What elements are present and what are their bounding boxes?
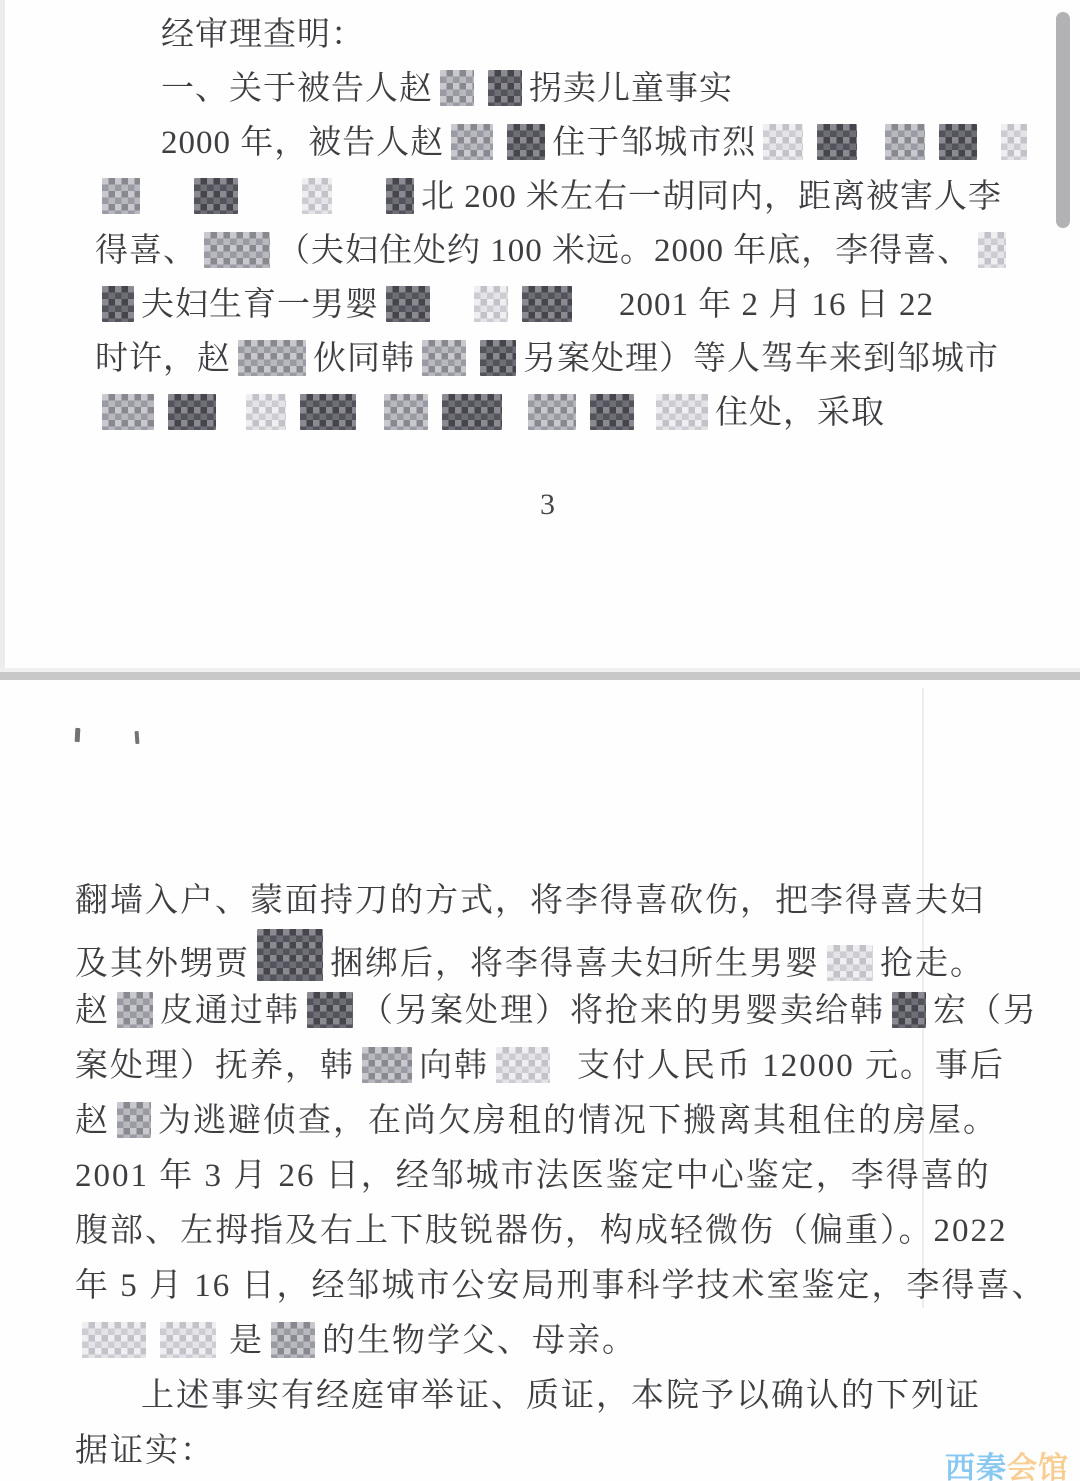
redaction-block bbox=[442, 394, 502, 430]
text-line: 2001 年 3 月 26 日，经邹城市法医鉴定中心鉴定，李得喜的 bbox=[75, 1149, 1010, 1204]
page-number: 3 bbox=[540, 488, 555, 522]
redaction-block bbox=[307, 992, 353, 1028]
scan-speck bbox=[75, 728, 81, 742]
redaction-block bbox=[440, 70, 474, 106]
redaction-block bbox=[522, 286, 572, 322]
redaction-block bbox=[474, 286, 508, 322]
text-segment: 据证实： bbox=[75, 1433, 215, 1469]
redaction-block bbox=[362, 1047, 412, 1083]
redaction-block bbox=[827, 945, 873, 981]
text-line: 年 5 月 16 日，经邹城市公安局刑事科学技术室鉴定，李得喜、 bbox=[75, 1259, 1010, 1314]
redaction-block bbox=[117, 1102, 151, 1138]
text-segment: 案处理）抚养，韩 bbox=[75, 1048, 355, 1084]
redaction-block bbox=[194, 178, 238, 214]
redaction-block bbox=[160, 1322, 216, 1358]
scan-speck bbox=[135, 731, 140, 744]
redaction-block bbox=[102, 286, 134, 322]
page-2: 翻墙入户、蒙面持刀的方式，将李得喜砍伤，把李得喜夫妇及其外甥贾捆绑后，将李得喜夫… bbox=[0, 680, 1080, 1481]
redaction-block bbox=[892, 992, 926, 1028]
redaction-block bbox=[300, 394, 356, 430]
text-segment: 夫妇生育一男婴 bbox=[141, 287, 379, 323]
text-segment: 支付人民币 12000 元。事后 bbox=[577, 1048, 1005, 1084]
text-line: 赵为逃避侦查，在尚欠房租的情况下搬离其租住的房屋。 bbox=[75, 1094, 1010, 1149]
scrollbar-thumb[interactable] bbox=[1056, 12, 1070, 228]
redaction-block bbox=[102, 178, 140, 214]
text-segment: 捆绑后，将李得喜夫妇所生男婴 bbox=[330, 946, 820, 982]
text-segment: （夫妇住处约 100 米远。2000 年底，李得喜、 bbox=[277, 233, 971, 269]
redaction-block bbox=[978, 232, 1006, 268]
redaction-block bbox=[168, 394, 216, 430]
text-segment: 翻墙入户、蒙面持刀的方式，将李得喜砍伤，把李得喜夫妇 bbox=[75, 883, 985, 919]
text-line: 上述事实有经庭审举证、质证，本院予以确认的下列证 bbox=[75, 1369, 1010, 1424]
text-line: 及其外甥贾捆绑后，将李得喜夫妇所生男婴抢走。 bbox=[75, 929, 1010, 984]
redaction-block bbox=[422, 340, 466, 376]
text-line: 一、关于被告人赵拐卖儿童事实 bbox=[95, 62, 1000, 116]
redaction-block bbox=[488, 70, 522, 106]
text-segment: 及其外甥贾 bbox=[75, 946, 250, 982]
text-segment: 为逃避侦查，在尚欠房租的情况下搬离其租住的房屋。 bbox=[158, 1103, 998, 1139]
text-segment: 时许，赵 bbox=[95, 341, 231, 377]
text-line: 经审理查明： bbox=[95, 8, 1000, 62]
text-line: 夫妇生育一男婴2001 年 2 月 16 日 22 bbox=[95, 278, 1000, 332]
redaction-block bbox=[528, 394, 576, 430]
text-line: 据证实： bbox=[75, 1424, 1010, 1479]
document-viewer: 经审理查明：一、关于被告人赵拐卖儿童事实2000 年，被告人赵住于邹城市烈北 2… bbox=[0, 0, 1080, 1481]
redaction-block bbox=[257, 929, 323, 981]
watermark-text-orange: 会馆 bbox=[1007, 1452, 1069, 1481]
redaction-block bbox=[386, 178, 414, 214]
text-line: 得喜、（夫妇住处约 100 米远。2000 年底，李得喜、 bbox=[95, 224, 1000, 278]
text-segment: 2000 年，被告人赵 bbox=[161, 125, 444, 161]
text-segment: 2001 年 2 月 16 日 22 bbox=[619, 287, 934, 323]
text-segment: 上述事实有经庭审举证、质证，本院予以确认的下列证 bbox=[141, 1378, 981, 1414]
redaction-block bbox=[117, 992, 153, 1028]
redaction-block bbox=[204, 232, 270, 268]
text-gap bbox=[864, 145, 878, 153]
redaction-block bbox=[939, 124, 977, 160]
text-gap bbox=[984, 145, 994, 153]
text-segment: （另案处理）将抢来的男婴卖给韩 bbox=[360, 993, 885, 1029]
text-segment: 住处，采取 bbox=[715, 395, 885, 431]
text-segment: 向韩 bbox=[419, 1048, 489, 1084]
text-gap bbox=[363, 415, 377, 423]
text-segment: 得喜、 bbox=[95, 233, 197, 269]
text-segment: 拐卖儿童事实 bbox=[529, 71, 733, 107]
text-gap bbox=[579, 307, 619, 315]
redaction-block bbox=[817, 124, 857, 160]
redaction-block bbox=[885, 124, 925, 160]
text-gap bbox=[437, 307, 467, 315]
watermark: 西秦会馆 bbox=[945, 1443, 1069, 1481]
redaction-block bbox=[496, 1047, 550, 1083]
page-1: 经审理查明：一、关于被告人赵拐卖儿童事实2000 年，被告人赵住于邹城市烈北 2… bbox=[0, 0, 1080, 668]
text-line: 腹部、左拇指及右上下肢锐器伤，构成轻微伤（偏重）。2022 bbox=[75, 1204, 1010, 1259]
text-gap bbox=[223, 415, 239, 423]
text-segment: 2001 年 3 月 26 日，经邹城市法医鉴定中心鉴定，李得喜的 bbox=[75, 1158, 991, 1194]
redaction-block bbox=[451, 124, 493, 160]
redaction-block bbox=[480, 340, 516, 376]
text-line: 住处，采取 bbox=[95, 386, 1000, 440]
text-line: 北 200 米左右一胡同内，距离被害人李 bbox=[95, 170, 1000, 224]
redaction-block bbox=[271, 1322, 315, 1358]
text-line: 2000 年，被告人赵住于邹城市烈 bbox=[95, 116, 1000, 170]
text-gap bbox=[509, 415, 521, 423]
redaction-block bbox=[238, 340, 306, 376]
text-line: 时许，赵伙同韩另案处理）等人驾车来到邹城市 bbox=[95, 332, 1000, 386]
text-line: 翻墙入户、蒙面持刀的方式，将李得喜砍伤，把李得喜夫妇 bbox=[75, 874, 1010, 929]
page-1-text: 经审理查明：一、关于被告人赵拐卖儿童事实2000 年，被告人赵住于邹城市烈北 2… bbox=[95, 8, 1000, 440]
text-gap bbox=[557, 1068, 577, 1076]
watermark-text-blue: 西秦 bbox=[945, 1452, 1007, 1481]
text-segment: 另案处理）等人驾车来到邹城市 bbox=[523, 341, 999, 377]
redaction-block bbox=[82, 1322, 146, 1358]
text-gap bbox=[339, 199, 379, 207]
redaction-block bbox=[246, 394, 286, 430]
redaction-block bbox=[1001, 124, 1027, 160]
page-edge-shadow bbox=[0, 0, 5, 668]
text-segment: 的生物学父、母亲。 bbox=[322, 1323, 637, 1359]
redaction-block bbox=[656, 394, 708, 430]
text-gap bbox=[147, 199, 187, 207]
text-segment: 赵 bbox=[75, 993, 110, 1029]
text-segment: 伙同韩 bbox=[313, 341, 415, 377]
text-line: 案处理）抚养，韩向韩支付人民币 12000 元。事后 bbox=[75, 1039, 1010, 1094]
text-segment: 腹部、左拇指及右上下肢锐器伤，构成轻微伤（偏重）。2022 bbox=[75, 1213, 1008, 1249]
text-segment: 住于邹城市烈 bbox=[552, 125, 756, 161]
text-segment: 是 bbox=[229, 1323, 264, 1359]
redaction-block bbox=[386, 286, 430, 322]
text-segment: 皮通过韩 bbox=[160, 993, 300, 1029]
redaction-block bbox=[102, 394, 154, 430]
text-line: 是的生物学父、母亲。 bbox=[75, 1314, 1010, 1369]
text-segment: 北 200 米左右一胡同内，距离被害人李 bbox=[421, 179, 1002, 215]
text-segment: 抢走。 bbox=[880, 946, 985, 982]
redaction-block bbox=[590, 394, 634, 430]
redaction-block bbox=[384, 394, 428, 430]
text-segment: 赵 bbox=[75, 1103, 110, 1139]
text-segment: 经审理查明： bbox=[161, 17, 365, 53]
text-gap bbox=[245, 199, 295, 207]
text-gap bbox=[641, 415, 649, 423]
text-segment: 宏（另 bbox=[933, 993, 1038, 1029]
text-line: 赵皮通过韩（另案处理）将抢来的男婴卖给韩宏（另 bbox=[75, 984, 1010, 1039]
redaction-block bbox=[302, 178, 332, 214]
redaction-block bbox=[507, 124, 545, 160]
page-2-text: 翻墙入户、蒙面持刀的方式，将李得喜砍伤，把李得喜夫妇及其外甥贾捆绑后，将李得喜夫… bbox=[75, 874, 1010, 1479]
text-segment: 一、关于被告人赵 bbox=[161, 71, 433, 107]
text-segment: 年 5 月 16 日，经邹城市公安局刑事科学技术室鉴定，李得喜、 bbox=[75, 1268, 1047, 1304]
redaction-block bbox=[763, 124, 803, 160]
